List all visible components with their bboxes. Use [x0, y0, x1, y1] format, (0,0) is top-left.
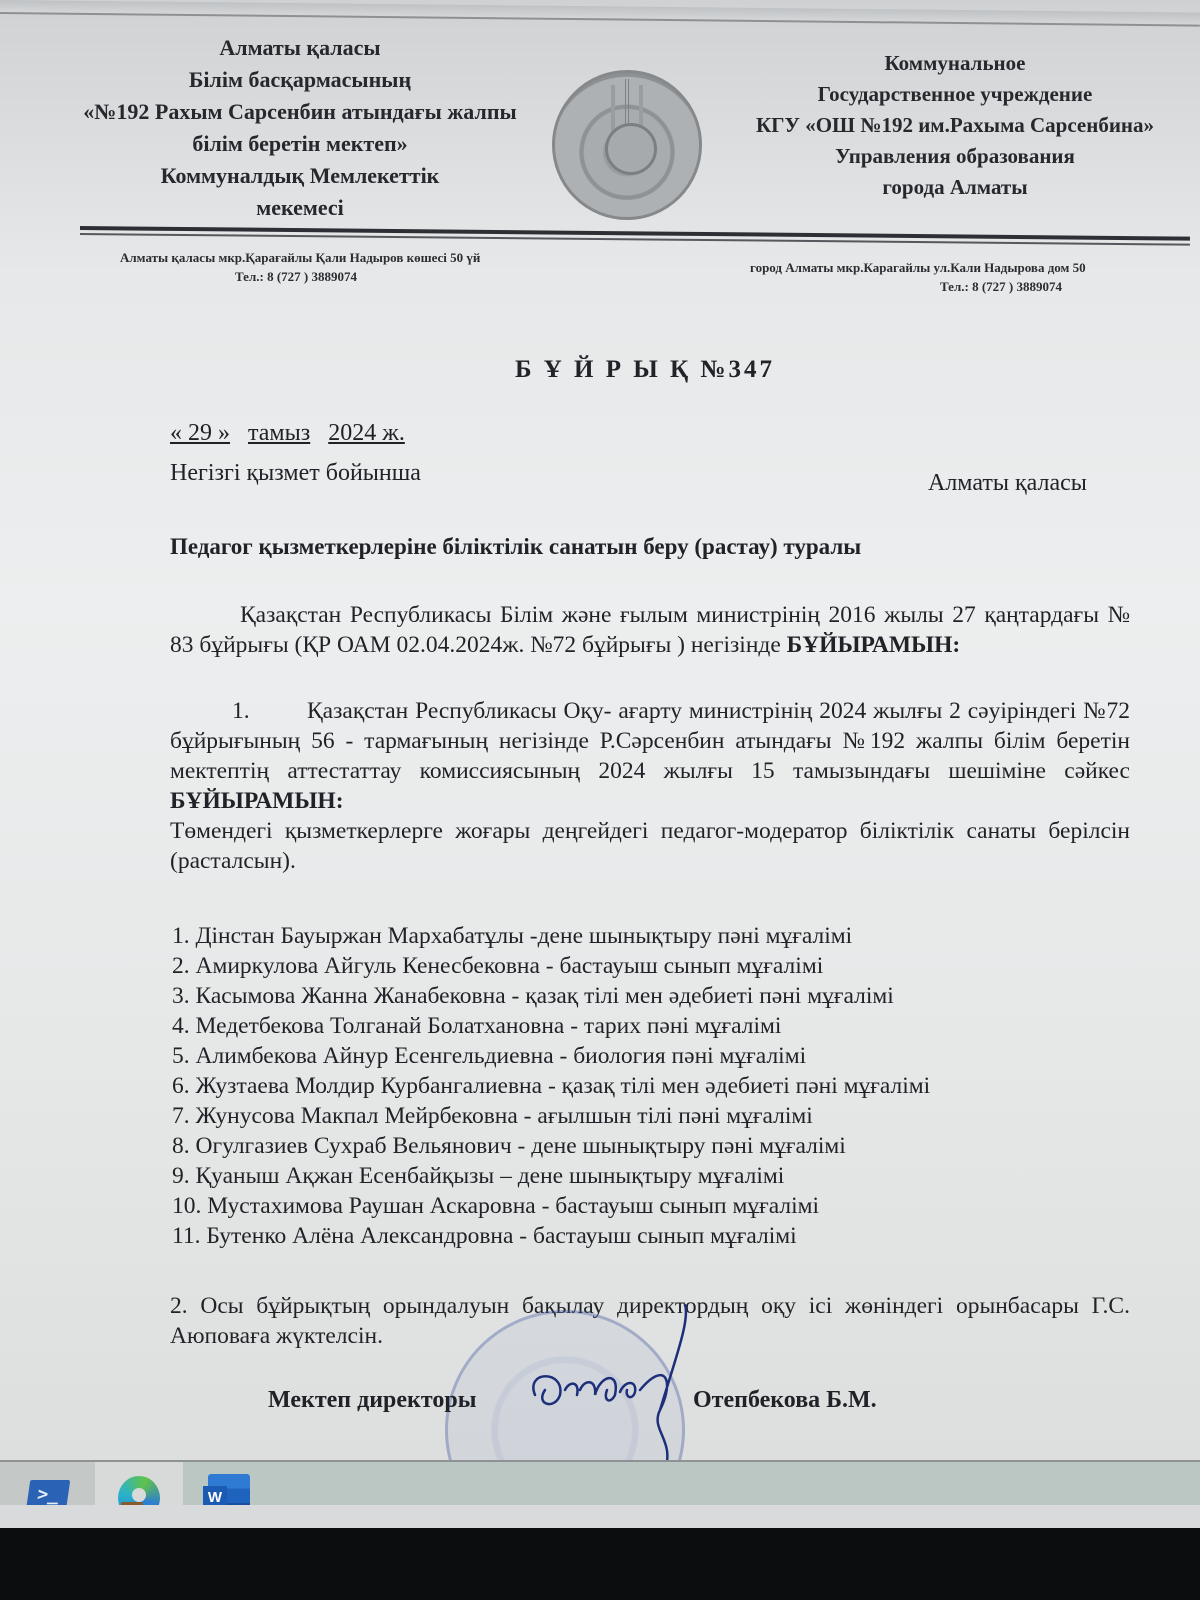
- document-page: Алматы қаласы Білім басқармасының «№192 …: [0, 0, 1200, 1460]
- signatory-name: Отепбекова Б.М.: [693, 1385, 877, 1415]
- staff-list-item: 7. Жунусова Макпал Мейрбековна - ағылшын…: [172, 1101, 1132, 1131]
- staff-list-item: 6. Жузтаева Молдир Курбангалиевна - қаза…: [172, 1071, 1132, 1101]
- address-text: город Алматы мкр.Карагайлы ул.Кали Надыр…: [750, 258, 1190, 277]
- preamble-directive: БҰЙЫРАМЫН:: [787, 632, 961, 658]
- item-1-directive: БҰЙЫРАМЫН:: [170, 788, 344, 814]
- letterhead-line: Коммуналдық Мемлекеттік: [50, 160, 550, 192]
- order-basis: Негізгі қызмет бойынша: [170, 458, 421, 488]
- word-glyph: W: [203, 1486, 227, 1505]
- letterhead-russian: Коммунальное Государственное учреждение …: [715, 48, 1195, 203]
- order-title: Б Ұ Й Р Ы Қ №347: [0, 356, 1200, 384]
- word-icon[interactable]: W: [208, 1474, 250, 1505]
- staff-list-item: 2. Амиркулова Айгуль Кенесбековна - баст…: [172, 951, 1132, 981]
- staff-list-item: 3. Касымова Жанна Жанабековна - қазақ ті…: [172, 981, 1132, 1011]
- address-russian: город Алматы мкр.Карагайлы ул.Кали Надыр…: [750, 258, 1190, 296]
- letterhead-line: Управления образования: [715, 141, 1195, 172]
- taskbar-empty-area: [183, 1462, 1200, 1505]
- phone-text: Тел.: 8 (727 ) 3889074: [120, 267, 600, 286]
- staff-list-item: 1. Дінстан Бауыржан Мархабатұлы -дене шы…: [172, 921, 1132, 951]
- date-month: тамыз: [248, 420, 310, 446]
- phone-text: Тел.: 8 (727 ) 3889074: [750, 277, 1190, 296]
- letterhead-line: Государственное учреждение: [715, 79, 1195, 110]
- item-1-paragraph: 1.Қазақстан Республикасы Оқу- ағарту мин…: [170, 696, 1130, 876]
- staff-list-item: 10. Мустахимова Раушан Аскаровна - баста…: [172, 1191, 1132, 1221]
- monitor-bezel: [0, 1528, 1200, 1600]
- order-city: Алматы қаласы: [928, 468, 1087, 498]
- monitor-screen: Алматы қаласы Білім басқармасының «№192 …: [0, 0, 1200, 1505]
- staff-list: 1. Дінстан Бауыржан Мархабатұлы -дене шы…: [172, 921, 1132, 1251]
- address-text: Алматы қаласы мкр.Қарағайлы Қали Надыров…: [120, 248, 600, 267]
- item-1-text-continued: Төмендегі қызметкерлерге жоғары деңгейде…: [170, 818, 1130, 874]
- letterhead-line: мекемесі: [50, 192, 550, 224]
- signatory-title: Мектеп директоры: [268, 1385, 476, 1415]
- preamble-text: Қазақстан Республикасы Білім және ғылым …: [170, 602, 1130, 658]
- order-subject: Педагог қызметкерлеріне біліктілік санат…: [170, 532, 861, 562]
- letterhead-line: Білім басқармасының: [50, 64, 550, 96]
- letterhead-line: «№192 Рахым Сарсенбин атындағы жалпы: [50, 96, 550, 128]
- item-number: 1.: [170, 696, 307, 726]
- item-1-text: Қазақстан Республикасы Оқу- ағарту минис…: [170, 698, 1130, 784]
- preamble-paragraph: Қазақстан Республикасы Білім және ғылым …: [170, 600, 1130, 660]
- date-day: « 29 »: [170, 420, 230, 446]
- staff-list-item: 4. Медетбекова Толганай Болатхановна - т…: [172, 1011, 1132, 1041]
- letterhead-line: города Алматы: [715, 172, 1195, 203]
- state-emblem-icon: [552, 70, 702, 220]
- date-year: 2024 ж.: [328, 420, 405, 446]
- staff-list-item: 11. Бутенко Алёна Александровна - бастау…: [172, 1221, 1132, 1251]
- staff-list-item: 5. Алимбекова Айнур Есенгельдиевна - био…: [172, 1041, 1132, 1071]
- letterhead-line: Алматы қаласы: [50, 32, 550, 64]
- staff-list-item: 8. Огулгазиев Сухраб Вельянович - дене ш…: [172, 1131, 1132, 1161]
- staff-list-item: 9. Қуаныш Ақжан Есенбайқызы – дене шынық…: [172, 1161, 1132, 1191]
- address-kazakh: Алматы қаласы мкр.Қарағайлы Қали Надыров…: [120, 248, 600, 286]
- letterhead-line: КГУ «ОШ №192 им.Рахыма Сарсенбина»: [715, 110, 1195, 141]
- letterhead-line: Коммунальное: [715, 48, 1195, 79]
- taskbar: >_ W: [0, 1462, 1200, 1505]
- letterhead-kazakh: Алматы қаласы Білім басқармасының «№192 …: [50, 32, 550, 224]
- powershell-icon[interactable]: >_: [26, 1480, 70, 1505]
- letterhead-line: білім беретін мектеп»: [50, 128, 550, 160]
- order-date: « 29 » тамыз 2024 ж.: [170, 418, 417, 448]
